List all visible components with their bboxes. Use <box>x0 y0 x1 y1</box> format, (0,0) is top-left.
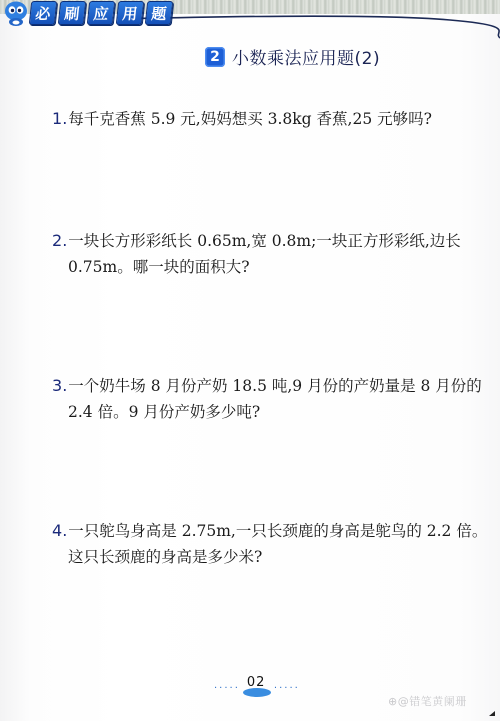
brand-char: 刷 <box>58 1 87 25</box>
brand-char: 用 <box>116 1 145 25</box>
brand-char: 必 <box>29 1 58 25</box>
brand-char: 应 <box>87 1 116 25</box>
brand-logo: 必 刷 应 用 题 <box>30 1 172 25</box>
brand-char: 题 <box>145 1 174 25</box>
question-text-line: 一块长方形彩纸长 0.65m,宽 0.8m;一块正方形彩纸,边长 <box>68 228 461 254</box>
section-number-badge: 2 <box>205 47 225 67</box>
page-number-badge: 02 <box>242 677 272 699</box>
question-number: 2. <box>52 228 67 254</box>
watermark: ⊕@错笔黄阑珊 <box>388 693 467 709</box>
page-number-text: 02 <box>247 675 266 690</box>
question-number: 4. <box>52 518 67 544</box>
section-heading: 2 小数乘法应用题(2) <box>205 44 380 69</box>
question-number: 3. <box>52 373 67 399</box>
question-3: 3. 一个奶牛场 8 月份产奶 18.5 吨,9 月份的产奶量是 8 月份的 2… <box>52 373 482 425</box>
worksheet-page: 必 刷 应 用 题 2 小数乘法应用题(2) 1. 每千克香蕉 5.9 元,妈妈… <box>0 0 500 721</box>
question-text-line: 一个奶牛场 8 月份产奶 18.5 吨,9 月份的产奶量是 8 月份的 <box>68 373 482 399</box>
question-2: 2. 一块长方形彩纸长 0.65m,宽 0.8m;一块正方形彩纸,边长 0.75… <box>52 228 482 280</box>
question-text-line: 每千克香蕉 5.9 元,妈妈想买 3.8kg 香蕉,25 元够吗? <box>68 106 432 132</box>
dots-decoration-right: ····· <box>274 683 300 694</box>
page-number: ····· 02 ····· <box>214 677 300 699</box>
mascot-icon <box>2 0 30 26</box>
question-number: 1. <box>52 106 67 132</box>
corner-mark-icon <box>489 711 495 716</box>
header-divider-curve <box>120 8 500 40</box>
question-text-line: 2.4 倍。9 月份产奶多少吨? <box>52 399 482 425</box>
question-1: 1. 每千克香蕉 5.9 元,妈妈想买 3.8kg 香蕉,25 元够吗? <box>52 106 482 132</box>
question-text-line: 一只鸵鸟身高是 2.75m,一只长颈鹿的身高是鸵鸟的 2.2 倍。 <box>68 518 487 544</box>
dots-decoration-left: ····· <box>214 683 240 694</box>
question-text-line: 0.75m。哪一块的面积大? <box>52 254 482 280</box>
question-text-line: 这只长颈鹿的身高是多少米? <box>52 544 482 570</box>
question-4: 4. 一只鸵鸟身高是 2.75m,一只长颈鹿的身高是鸵鸟的 2.2 倍。 这只长… <box>52 518 482 570</box>
section-title: 小数乘法应用题(2) <box>232 44 380 69</box>
